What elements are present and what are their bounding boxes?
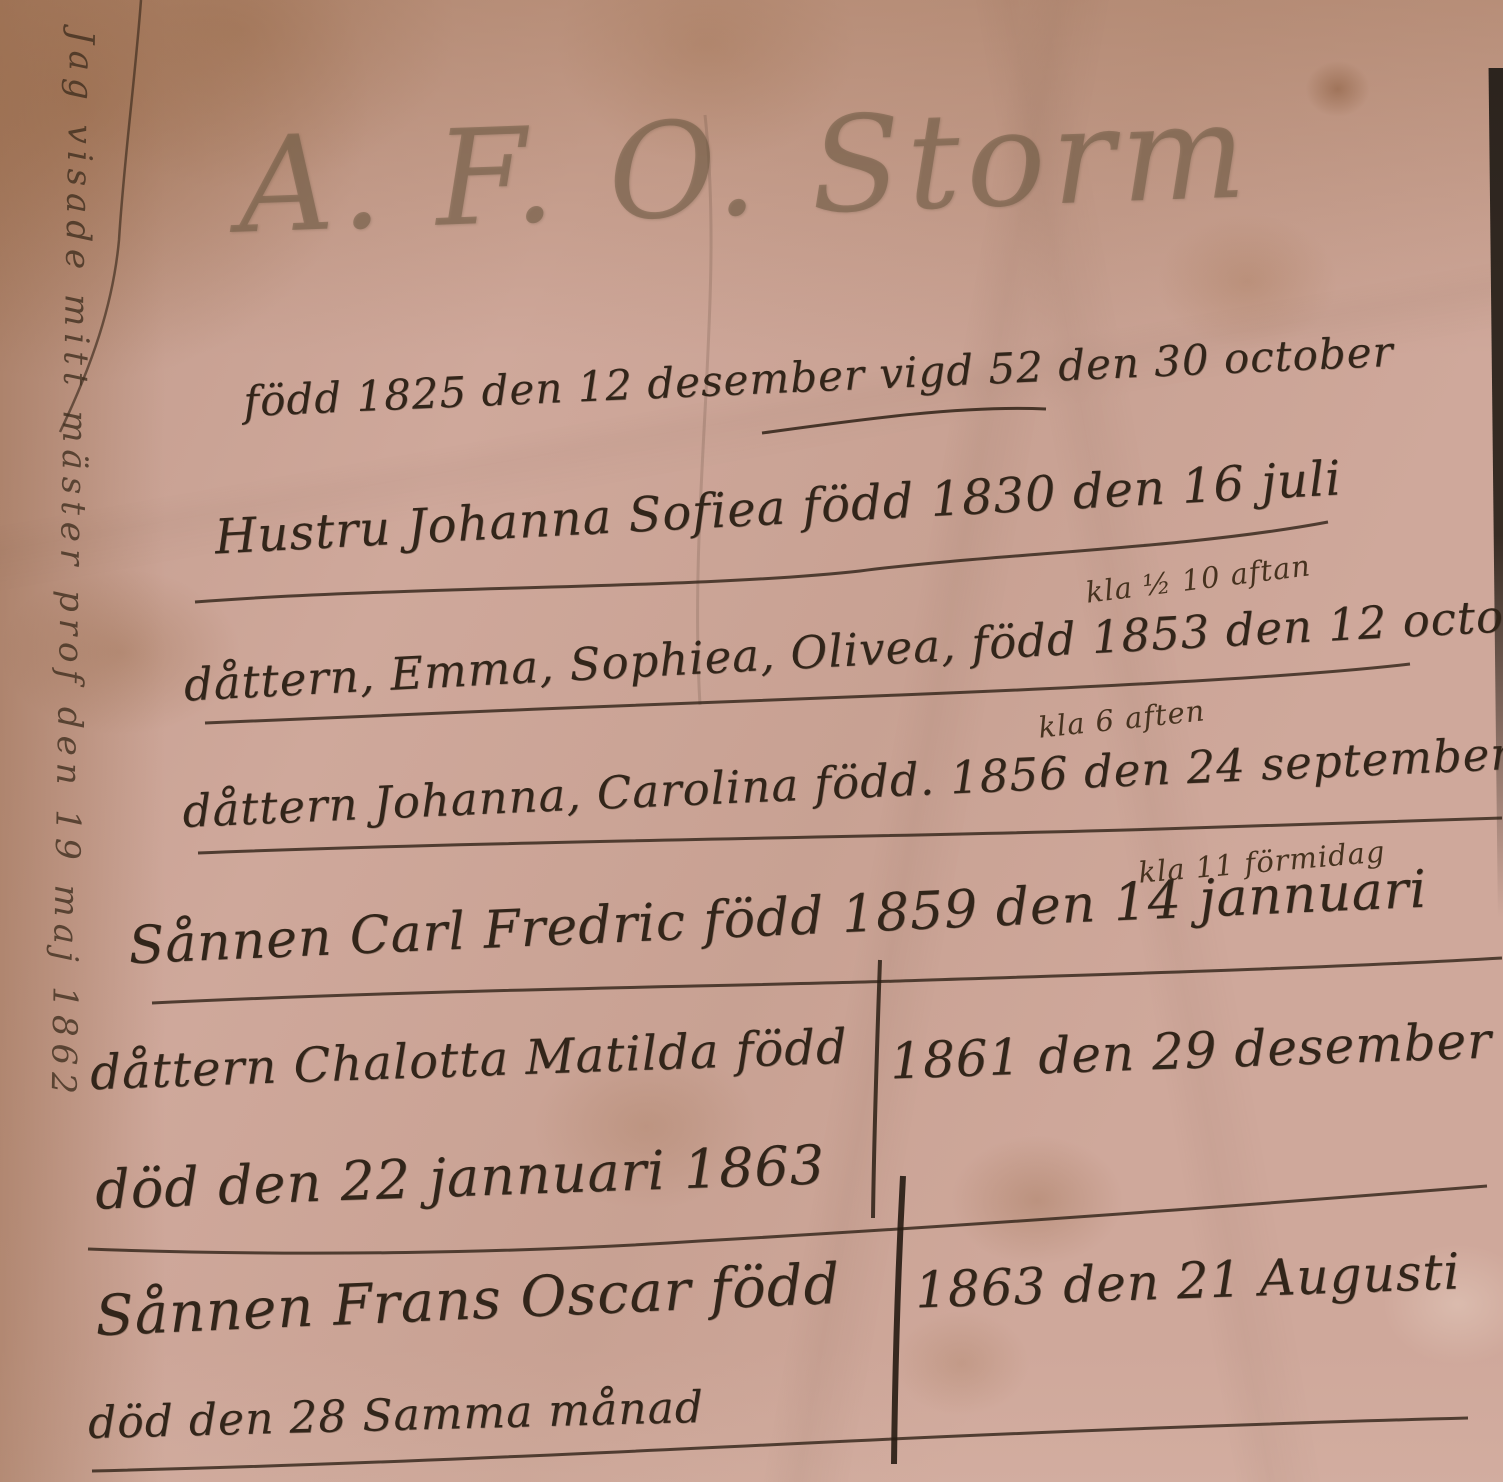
vertical-tally-stroke-1 [873,960,880,1218]
entry-daughter-johanna-time-annotation: kla 6 aften [1037,693,1207,744]
page-title-signature: A. F. O. Storm [236,74,1255,263]
underline-vigd [762,408,1046,433]
entry-daughter-chalotta-right: 1861 den 29 desember [889,1012,1493,1091]
vertical-tally-stroke-2 [894,1176,903,1464]
entry-birth-marriage: född 1825 den 12 desember vigd 52 den 30… [242,327,1394,426]
margin-note: Jag visade mitt mäster prof den 19 maj 1… [39,30,102,1321]
entry-daughter-johanna: dåttern Johanna, Carolina född. 1856 den… [181,727,1503,838]
entry-death-frans: död den 28 Samma månad [87,1382,704,1449]
entry-son-frans-right: 1863 den 21 Augusti [914,1242,1461,1319]
entry-son-frans-left: Sånnen Frans Oscar född [94,1252,842,1349]
entry-daughter-chalotta-left: dåttern Chalotta Matilda född [89,1019,848,1101]
entry-daughter-emma: dåttern, Emma, Sophiea, Olivea, född 185… [183,585,1503,711]
entry-wife: Hustru Johanna Sofiea född 1830 den 16 j… [213,451,1343,566]
entry-son-carl: Sånnen Carl Fredric född 1859 den 14 jan… [127,860,1428,977]
book-edge-shadow [1486,68,1503,918]
scanned-register-page: A. F. O. Storm Jag visade mitt mäster pr… [0,0,1503,1482]
entry-death-chalotta: död den 22 jannuari 1863 [94,1133,826,1221]
